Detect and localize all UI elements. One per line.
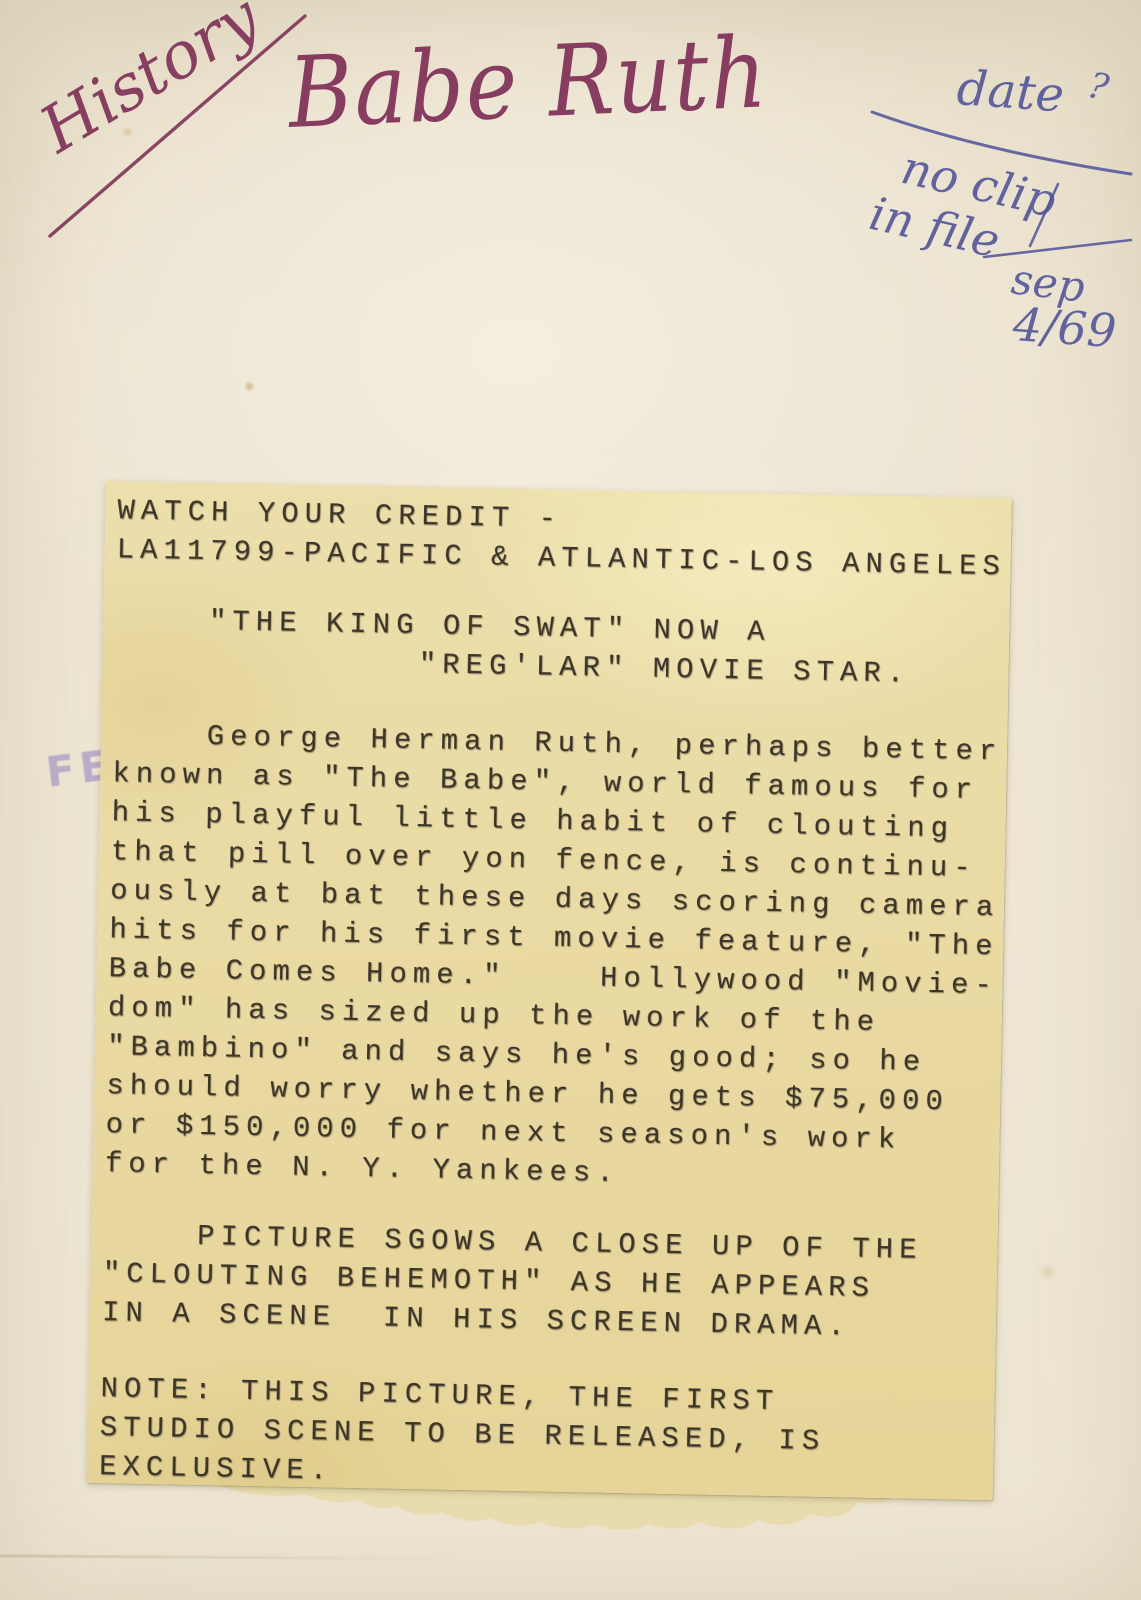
picture-caption-paragraph: PICTURE SGOWS A CLOSE UP OF THE "CLOUTIN… (102, 1215, 992, 1349)
date-query-note: date (955, 60, 1066, 123)
date-underline-stroke (872, 112, 1131, 174)
subject-title-note: Babe Ruth (284, 16, 770, 151)
date-month-note: sep (1009, 254, 1088, 312)
date-value-note: 4/69 (1010, 297, 1118, 358)
date-separator-line (984, 240, 1131, 257)
paper-stain-dot (244, 381, 255, 392)
no-clip-note-line2: in file (865, 186, 1005, 268)
no-clip-note-line1: no clip (897, 140, 1062, 228)
paper-stain-dot (122, 125, 133, 139)
document-scan-page: FE WATCH YOUR CREDIT - LA11799-PACIFIC &… (0, 0, 1141, 1600)
flourish-slash-stroke (1030, 184, 1058, 246)
body-paragraph: George Herman Ruth, perhaps better known… (105, 715, 1002, 1200)
history-strike-slash (50, 16, 305, 236)
press-caption-clipping: WATCH YOUR CREDIT - LA11799-PACIFIC & AT… (87, 481, 1012, 1500)
date-query-question-mark: ? (1084, 65, 1113, 110)
exclusive-note-paragraph: NOTE: THIS PICTURE, THE FIRST STUDIO SCE… (99, 1369, 989, 1503)
history-note: History (27, 0, 273, 168)
paper-crease (0, 1554, 470, 1560)
headline-block: "THE KING OF SWAT" NOW A "REG'LAR" MOVIE… (114, 600, 1003, 695)
paper-stain-dot (1040, 1264, 1056, 1280)
